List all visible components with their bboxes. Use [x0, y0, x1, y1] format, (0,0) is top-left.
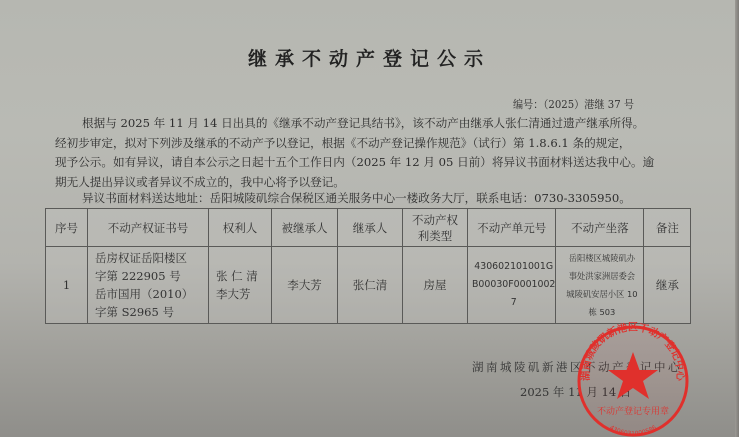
- holder-name: 张 仁 清: [216, 267, 271, 285]
- cert-line: 字第 222905 号: [95, 267, 208, 285]
- cell-right-holders: 张 仁 清 李大芳: [209, 247, 272, 324]
- location-line: 城陵矶安居小区 10: [560, 285, 643, 303]
- cert-line: 岳市国用（2010）: [95, 285, 208, 303]
- header-right-holder: 权利人: [209, 209, 272, 247]
- cell-right-type: 房屋: [403, 247, 468, 324]
- table-header-row: 序号 不动产权证书号 权利人 被继承人 继承人 不动产权 利类型 不动产单元号 …: [46, 209, 691, 247]
- unit-no-line: 7: [472, 294, 555, 312]
- header-right-type-line2: 利类型: [403, 228, 467, 244]
- header-right-type: 不动产权 利类型: [403, 209, 468, 247]
- notice-line: 现予公示。如有异议，请自本公示之日起十五个工作日内（2025 年 12 月 05…: [55, 153, 705, 173]
- notice-line: 经初步审定，拟对下列涉及继承的不动产予以登记，根据《不动产登记操作规范》（试行）…: [55, 134, 705, 154]
- registration-table: 序号 不动产权证书号 权利人 被继承人 继承人 不动产权 利类型 不动产单元号 …: [45, 208, 691, 324]
- objection-address: 异议书面材料送达地址：岳阳城陵矶综合保税区通关服务中心一楼政务大厅，联系电话：0…: [82, 190, 631, 206]
- location-line: 栋 503: [560, 303, 643, 321]
- cert-line: 字第 S2965 号: [95, 303, 208, 321]
- cert-line: 岳房权证岳阳楼区: [95, 249, 208, 267]
- header-heir: 继承人: [338, 209, 403, 247]
- header-cert-no: 不动产权证书号: [88, 209, 209, 247]
- official-seal-icon: 湖南城陵矶新港区不动产登记中心 不动产登记专用章 4306031000586: [572, 322, 694, 437]
- unit-no-line: 430602101001G: [472, 258, 555, 276]
- notice-body: 根据与 2025 年 11 月 14 日出具的《继承不动产登记具结书》，该不动产…: [55, 114, 705, 192]
- table-row: 1 岳房权证岳阳楼区 字第 222905 号 岳市国用（2010） 字第 S29…: [46, 247, 691, 324]
- cell-seq: 1: [46, 247, 88, 324]
- cell-decedent: 李大芳: [272, 247, 338, 324]
- cell-location: 岳阳楼区城陵矶办 事处洪家洲居委会 城陵矶安居小区 10 栋 503: [556, 247, 644, 324]
- header-unit-no: 不动产单元号: [468, 209, 556, 247]
- document-number: 编号：（2025）港继 37 号: [513, 96, 634, 112]
- cell-heir: 张仁清: [338, 247, 403, 324]
- cell-unit-no: 430602101001G B00030F0001002 7: [468, 247, 556, 324]
- header-location: 不动产坐落: [556, 209, 644, 247]
- location-line: 岳阳楼区城陵矶办: [560, 249, 643, 267]
- header-decedent: 被继承人: [272, 209, 338, 247]
- notice-line: 根据与 2025 年 11 月 14 日出具的《继承不动产登记具结书》，该不动产…: [55, 114, 705, 134]
- unit-no-line: B00030F0001002: [472, 276, 555, 294]
- holder-name: 李大芳: [216, 285, 271, 303]
- location-line: 事处洪家洲居委会: [560, 267, 643, 285]
- header-right-type-line1: 不动产权: [403, 212, 467, 228]
- seal-bottom-text: 不动产登记专用章: [597, 405, 669, 417]
- page-title: 继承不动产登记公示: [0, 44, 739, 71]
- header-remark: 备注: [644, 209, 691, 247]
- header-seq: 序号: [46, 209, 88, 247]
- cell-cert-no: 岳房权证岳阳楼区 字第 222905 号 岳市国用（2010） 字第 S2965…: [88, 247, 209, 324]
- cell-remark: 继承: [644, 247, 691, 324]
